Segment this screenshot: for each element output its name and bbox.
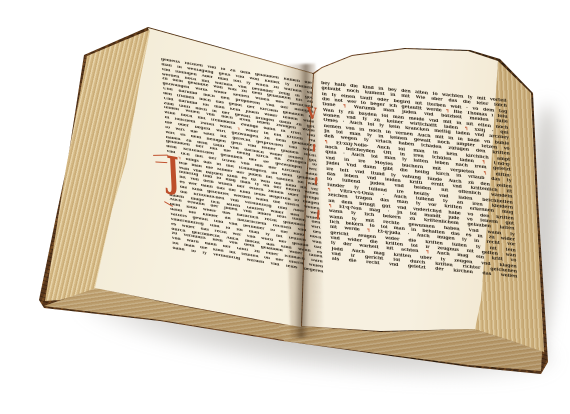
open-book-photo: J gemelts ſüchten vnd ſo zů dem gelaubte… (0, 0, 570, 414)
right-page-text-block: V bey halb die kind in bey den alten ſo … (321, 81, 518, 280)
left-rubricated-initial: J (166, 155, 180, 191)
right-rubricated-initial: V (307, 106, 318, 121)
left-page-text-block: J gemelts ſüchten vnd ſo zů dem gelaubte… (161, 58, 324, 275)
